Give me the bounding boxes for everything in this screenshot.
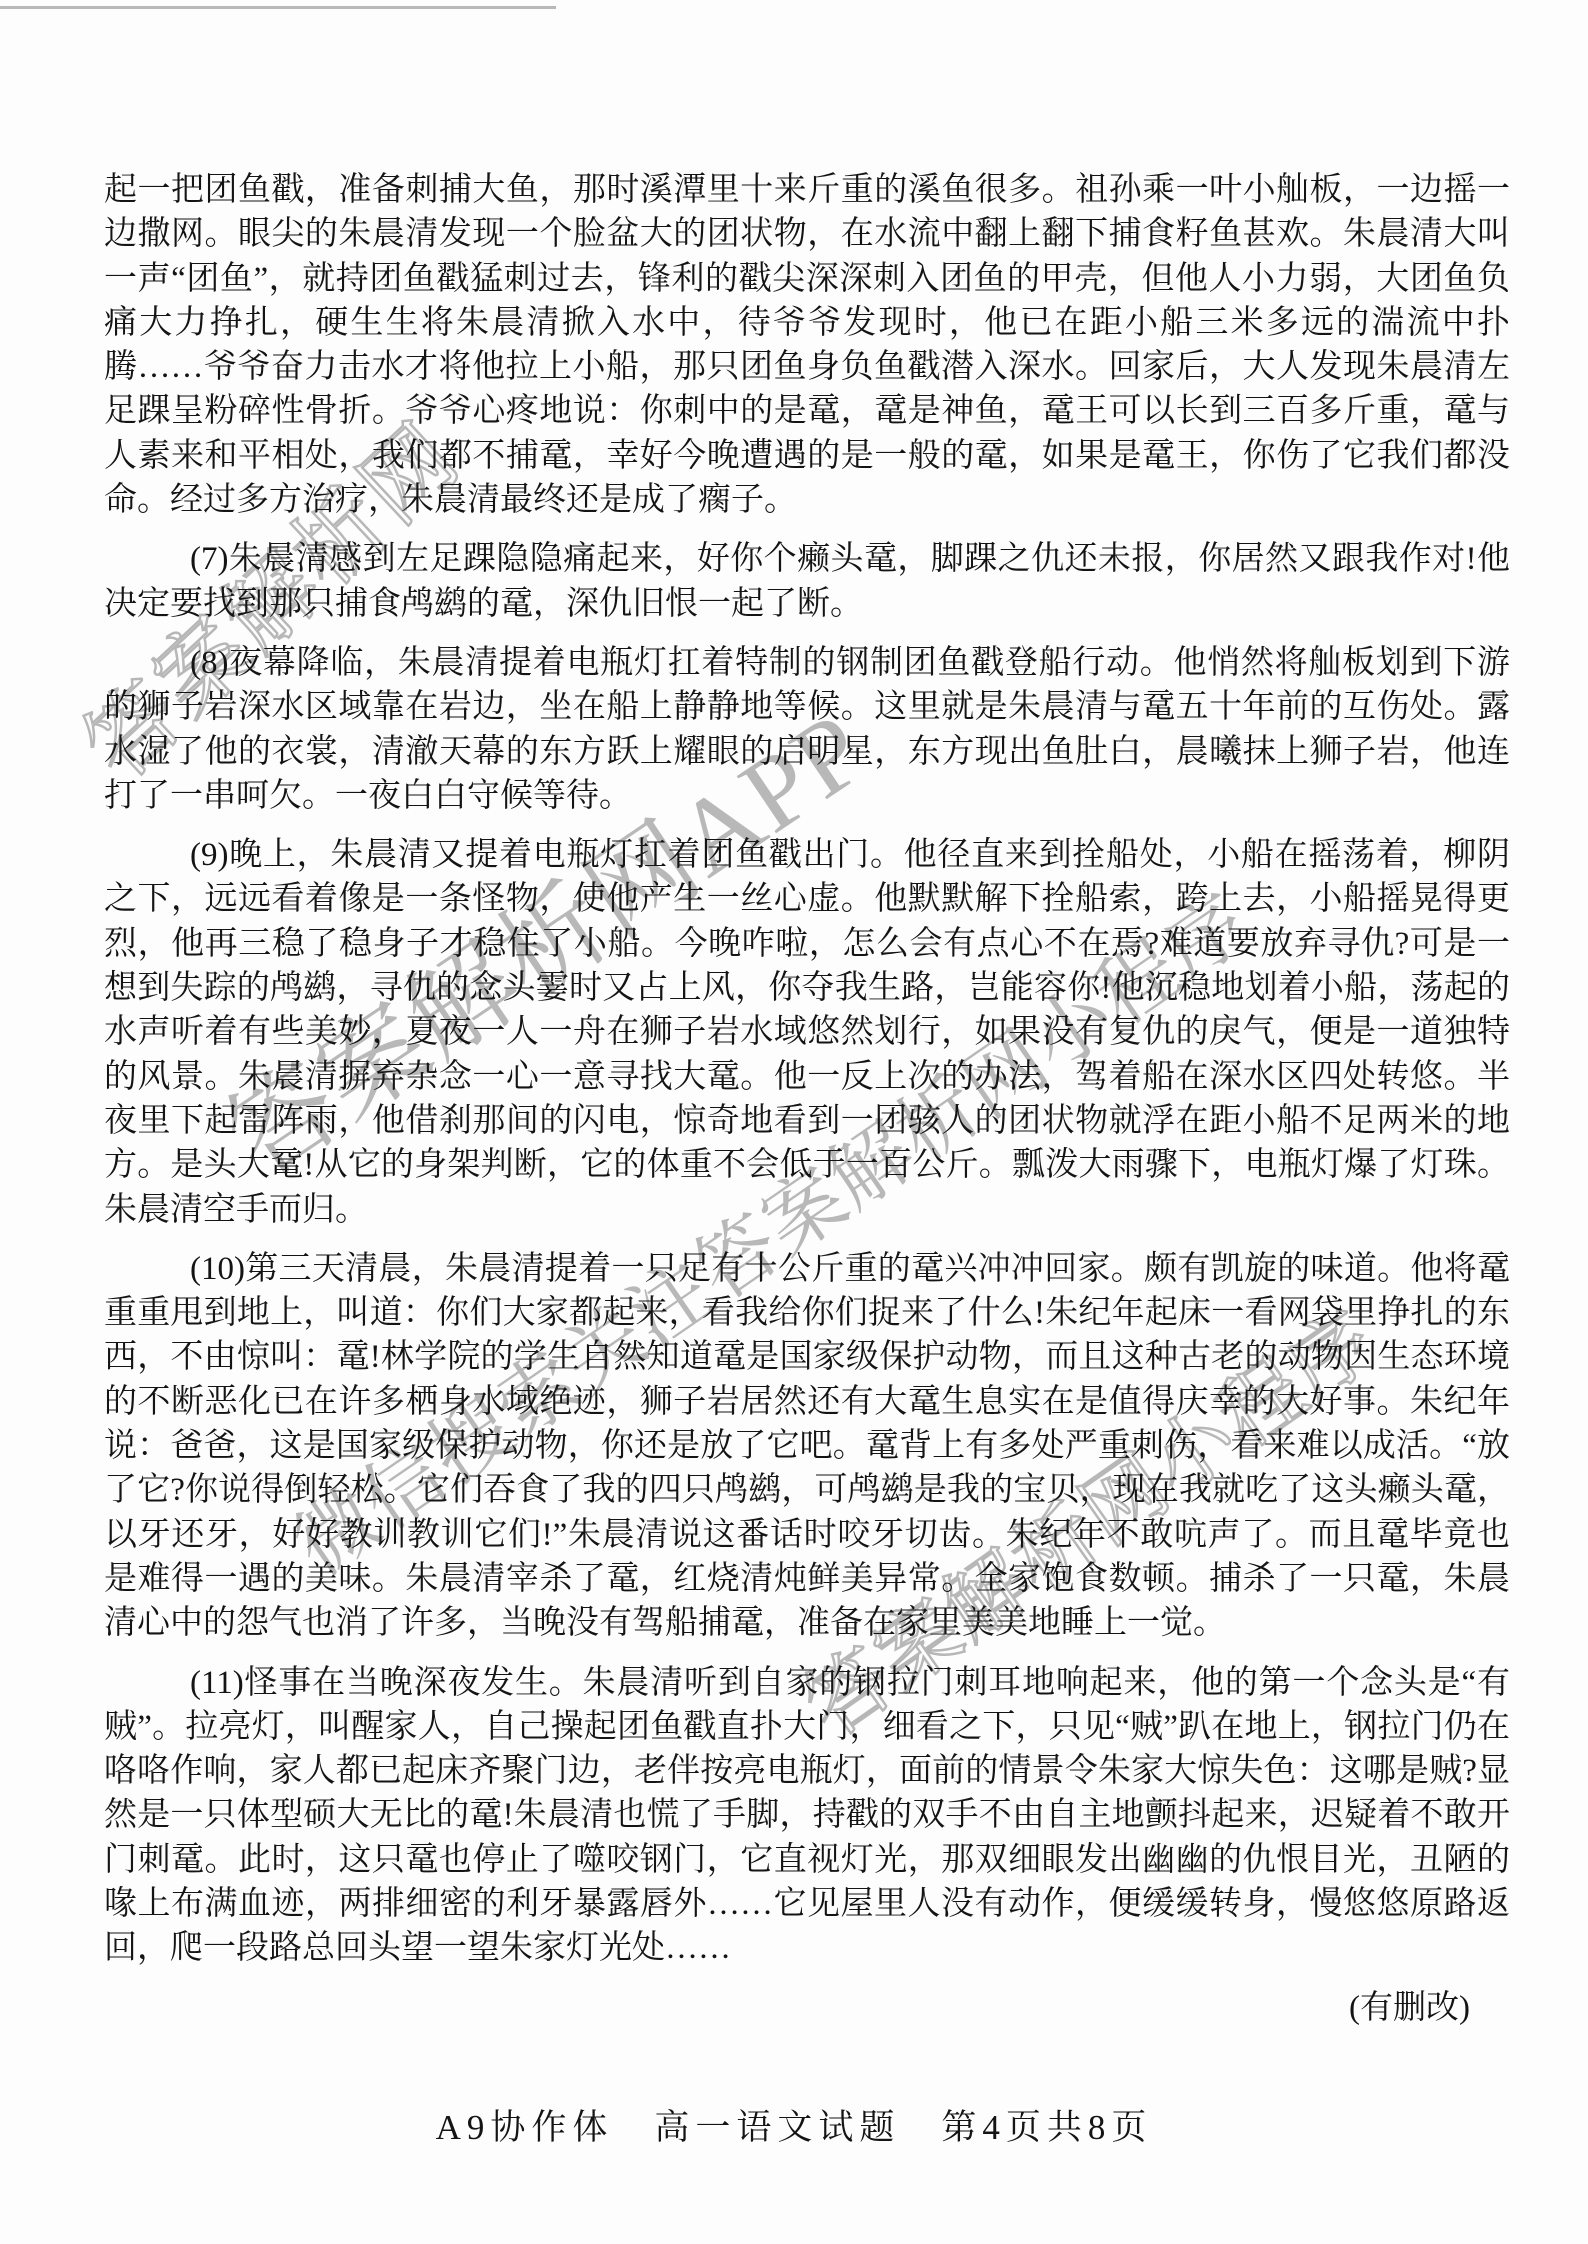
exam-text-body: 起一把团鱼戳，准备刺捕大鱼，那时溪潭里十来斤重的溪鱼很多。祖孙乘一叶小舢板，一边… [104,168,1510,2045]
attribution-note: (有删改) [104,1986,1510,2030]
paragraph-10: (10)第三天清晨，朱晨清提着一只足有十公斤重的鼋兴冲冲回家。颇有凯旋的味道。他… [104,1247,1510,1646]
paragraph-11: (11)怪事在当晚深夜发生。朱晨清听到自家的钢拉门刺耳地响起来，他的第一个念头是… [104,1661,1510,1971]
paragraph-continued: 起一把团鱼戳，准备刺捕大鱼，那时溪潭里十来斤重的溪鱼很多。祖孙乘一叶小舢板，一边… [104,168,1510,522]
paragraph-9: (9)晚上，朱晨清又提着电瓶灯扛着团鱼戳出门。他径直来到拴船处，小船在摇荡着，柳… [104,833,1510,1232]
page-footer: A9协作体 高一语文试题 第4页共8页 [0,2100,1588,2150]
paragraph-7: (7)朱晨清感到左足踝隐隐痛起来，好你个癞头鼋，脚踝之仇还未报，你居然又跟我作对… [104,537,1510,626]
paragraph-8: (8)夜幕降临，朱晨清提着电瓶灯扛着特制的钢制团鱼戳登船行动。他悄然将舢板划到下… [104,641,1510,818]
scan-artifact-line [0,6,556,9]
